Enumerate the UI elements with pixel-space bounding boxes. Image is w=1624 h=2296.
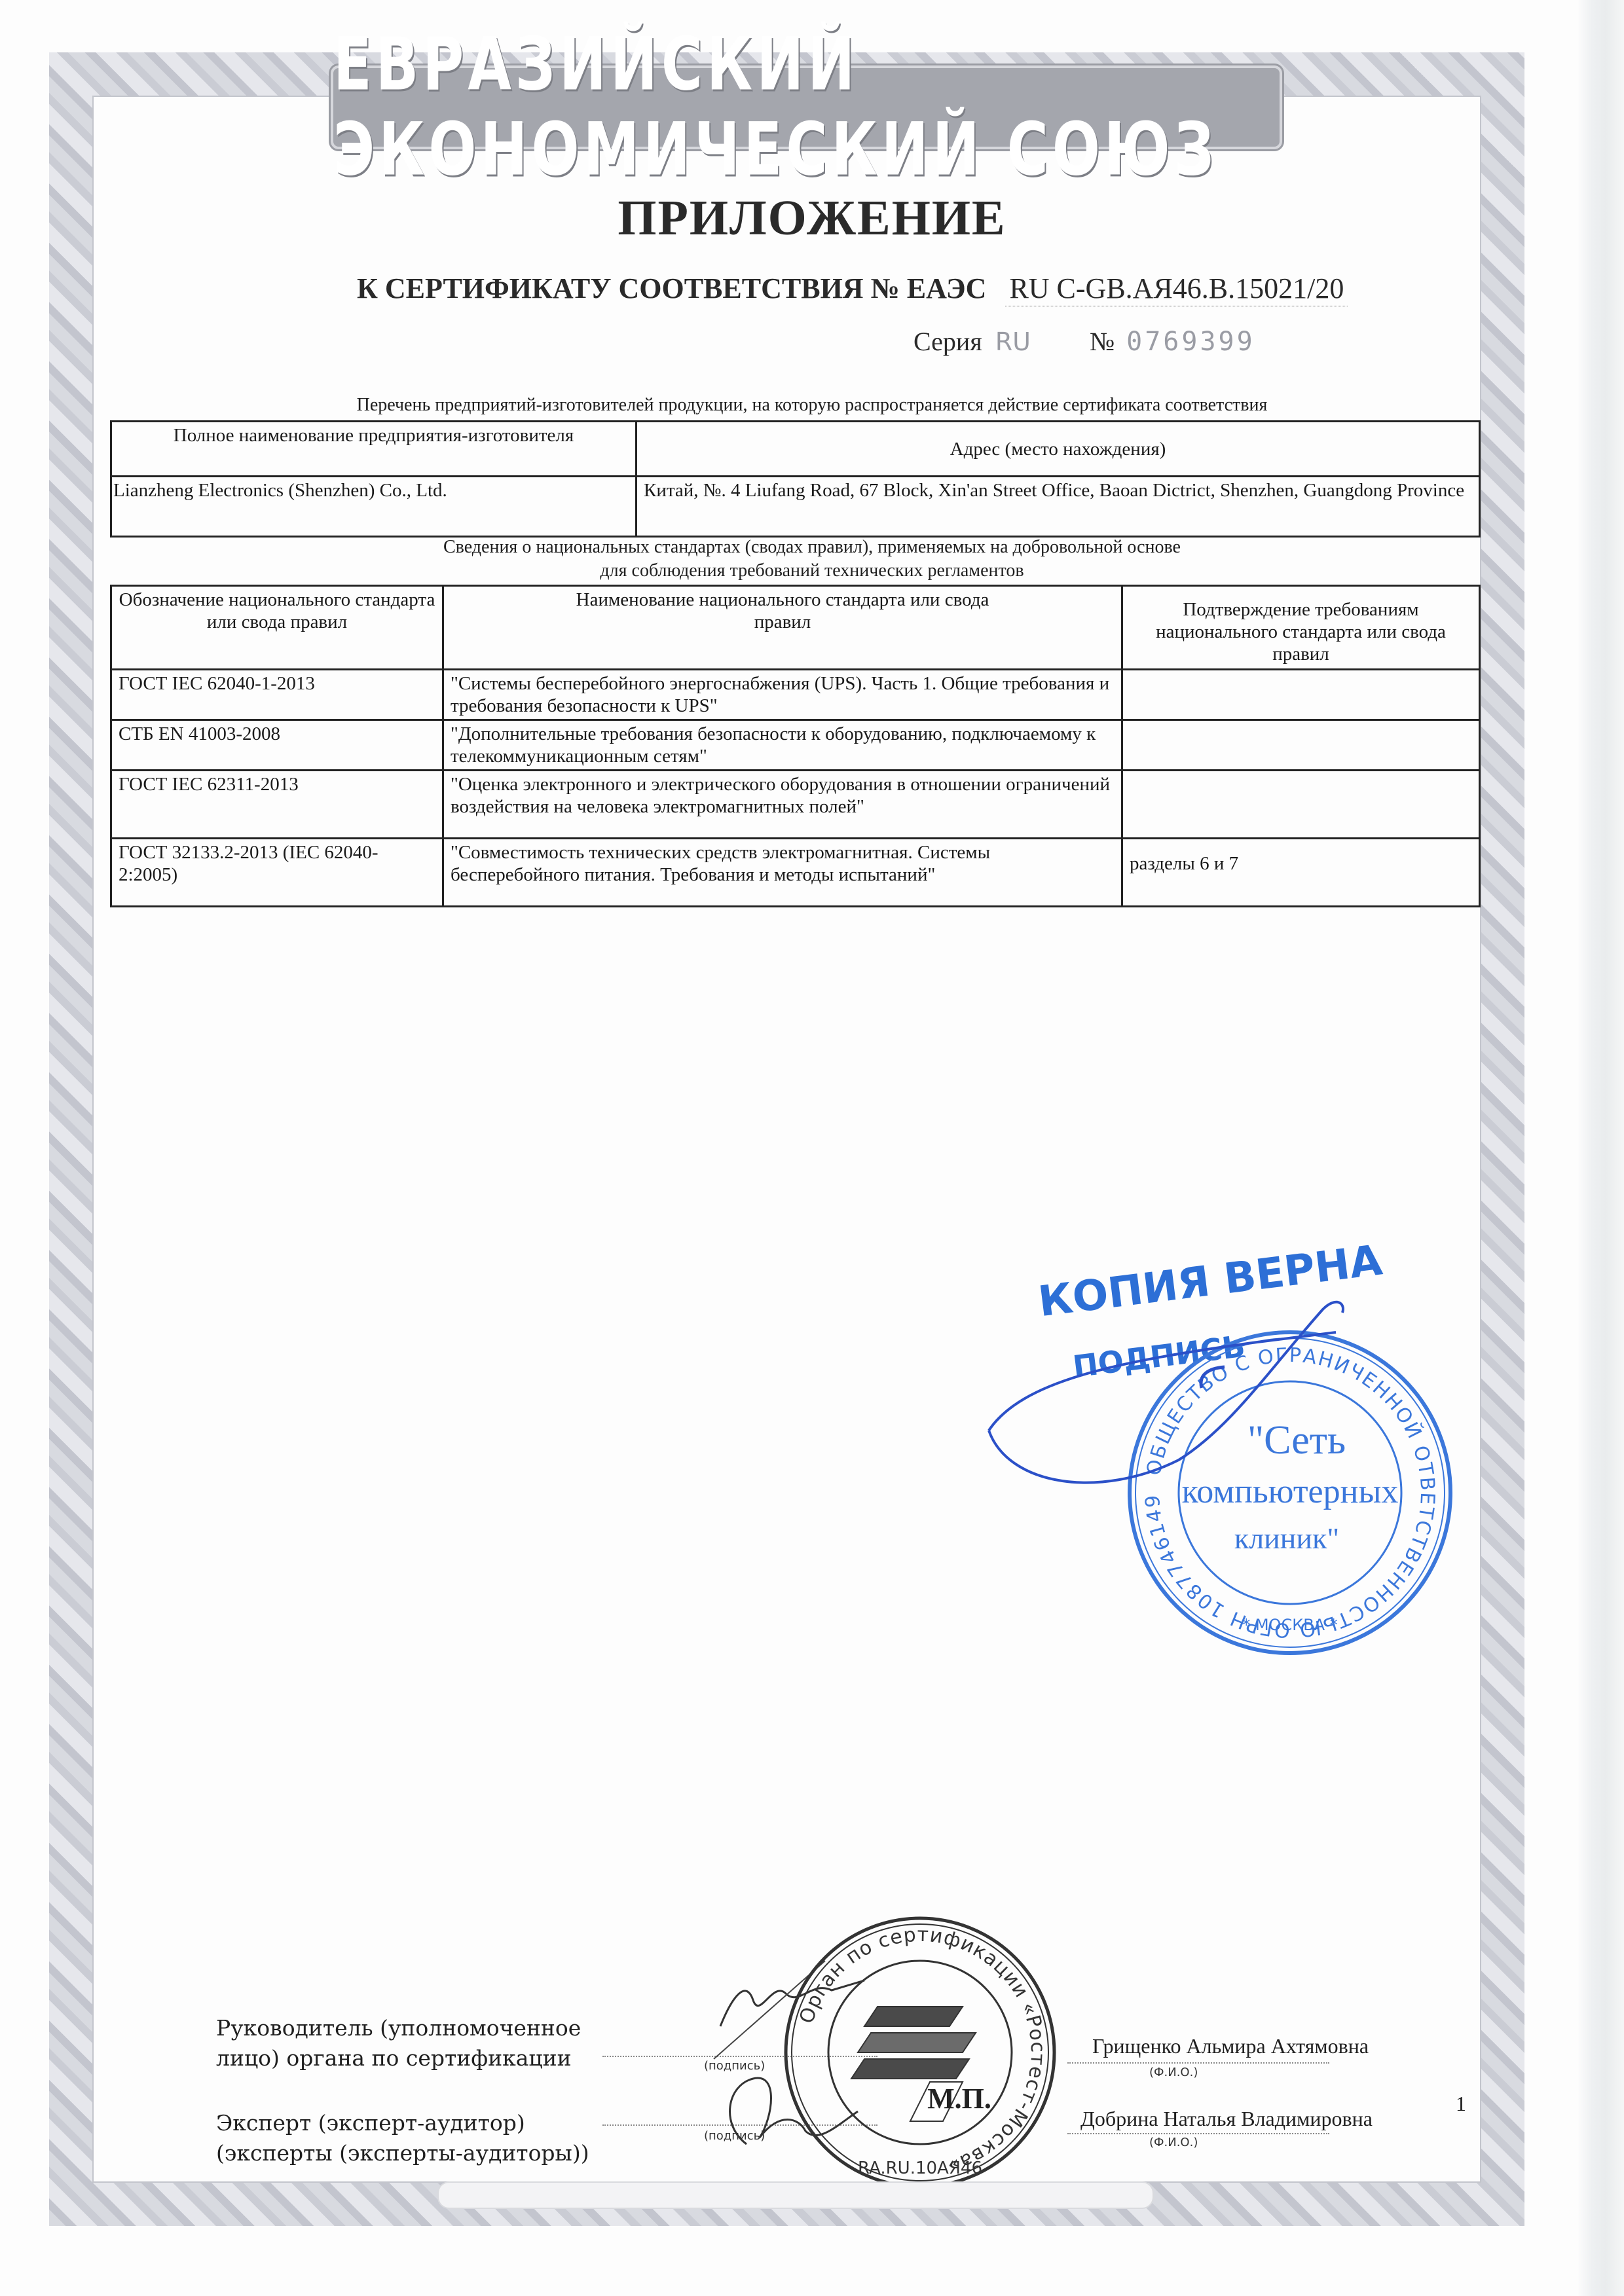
- standard-code: ГОСТ 32133.2-2013 (IEC 62040-2:2005): [111, 839, 443, 907]
- expert-name-caption: (Ф.И.О.): [1149, 2136, 1198, 2149]
- standards-caption-line2: для соблюдения требований технических ре…: [0, 560, 1624, 581]
- standard-name: "Оценка электронного и электрического об…: [443, 771, 1122, 839]
- svg-text:М.П.: М.П.: [927, 2083, 991, 2115]
- series-label: Серия: [913, 327, 982, 356]
- head-label-line2: лицо) органа по сертификации: [216, 2043, 581, 2073]
- page-number: 1: [1456, 2092, 1466, 2116]
- banner-text: ЕВРАЗИЙСКИЙ ЭКОНОМИЧЕСКИЙ СОЮЗ: [333, 22, 1280, 192]
- standards-table: Обозначение национального стандарта или …: [110, 585, 1481, 907]
- table-row: ГОСТ 32133.2-2013 (IEC 62040-2:2005) "Со…: [111, 839, 1480, 907]
- expert-label-line1: Эксперт (эксперт-аудитор): [216, 2108, 589, 2138]
- manufacturers-caption: Перечень предприятий-изготовителей проду…: [0, 395, 1624, 416]
- certificate-number: RU C-GB.АЯ46.В.15021/20: [1005, 272, 1348, 306]
- standard-name: "Дополнительные требования безопасности …: [443, 720, 1122, 771]
- column-header: Подтверждение требованиям национального …: [1122, 586, 1480, 670]
- certificate-line: К СЕРТИФИКАТУ СООТВЕТСТВИЯ № ЕАЭС RU C-G…: [357, 272, 1348, 305]
- standard-confirmation: разделы 6 и 7: [1122, 839, 1480, 907]
- manufacturers-table: Полное наименование предприятия-изготови…: [110, 420, 1481, 538]
- column-header: Наименование национального стандарта или…: [443, 586, 1122, 670]
- standard-confirmation: [1122, 720, 1480, 771]
- column-header: Адрес (место нахождения): [637, 422, 1480, 477]
- expert-label: Эксперт (эксперт-аудитор) (эксперты (экс…: [216, 2108, 589, 2168]
- head-name: Грищенко Альмира Ахтямовна: [1092, 2034, 1369, 2058]
- column-header: Полное наименование предприятия-изготови…: [111, 422, 637, 477]
- svg-text:клиник": клиник": [1234, 1522, 1339, 1555]
- head-label-line1: Руководитель (уполномоченное: [216, 2013, 581, 2043]
- standard-name: "Системы бесперебойного энергоснабжения …: [443, 670, 1122, 720]
- handwritten-signature-blue: [982, 1290, 1375, 1499]
- table-row: ГОСТ IEC 62040-1-2013 "Системы бесперебо…: [111, 670, 1480, 720]
- footer-microtext-strip: [437, 2181, 1154, 2209]
- eaeu-banner: ЕВРАЗИЙСКИЙ ЭКОНОМИЧЕСКИЙ СОЮЗ: [331, 65, 1282, 149]
- series-value: RU: [995, 327, 1031, 356]
- head-name-caption: (Ф.И.О.): [1149, 2066, 1198, 2079]
- table-row: СТБ EN 41003-2008 "Дополнительные требов…: [111, 720, 1480, 771]
- head-name-line: [1067, 2062, 1329, 2064]
- standard-code: ГОСТ IEC 62040-1-2013: [111, 670, 443, 720]
- svg-text:* МОСКВА *: * МОСКВА *: [1242, 1616, 1338, 1634]
- table-header-row: Полное наименование предприятия-изготови…: [111, 422, 1480, 477]
- expert-label-line2: (эксперты (эксперты-аудиторы)): [216, 2138, 589, 2168]
- manufacturer-address: Китай, №. 4 Liufang Road, 67 Block, Xin'…: [637, 477, 1480, 537]
- standards-caption-line1: Сведения о национальных стандартах (свод…: [0, 537, 1624, 558]
- table-header-row: Обозначение национального стандарта или …: [111, 586, 1480, 670]
- standard-code: ГОСТ IEC 62311-2013: [111, 771, 443, 839]
- standard-code: СТБ EN 41003-2008: [111, 720, 443, 771]
- table-row: ГОСТ IEC 62311-2013 "Оценка электронного…: [111, 771, 1480, 839]
- table-row: Lianzheng Electronics (Shenzhen) Co., Lt…: [111, 477, 1480, 537]
- column-header: Обозначение национального стандарта или …: [111, 586, 443, 670]
- manufacturer-name: Lianzheng Electronics (Shenzhen) Co., Lt…: [111, 477, 637, 537]
- expert-name: Добрина Наталья Владимировна: [1080, 2107, 1373, 2131]
- standard-confirmation: [1122, 670, 1480, 720]
- series-line: Серия RU № 0769399: [913, 326, 1255, 357]
- document-title: ПРИЛОЖЕНИЕ: [0, 190, 1624, 247]
- standard-name: "Совместимость технических средств элект…: [443, 839, 1122, 907]
- expert-name-line: [1067, 2133, 1329, 2134]
- serial-number: 0769399: [1126, 327, 1255, 357]
- scan-edge-shadow: [1578, 0, 1624, 2296]
- standard-confirmation: [1122, 771, 1480, 839]
- number-label: №: [1090, 327, 1115, 356]
- svg-text:RA.RU.10АЯ46: RA.RU.10АЯ46: [858, 2159, 982, 2178]
- certification-body-seal-icon: Орган по сертификации «Ростест-Москва» R…: [779, 1912, 1061, 2193]
- head-label: Руководитель (уполномоченное лицо) орган…: [216, 2013, 581, 2073]
- certificate-prefix: К СЕРТИФИКАТУ СООТВЕТСТВИЯ № ЕАЭС: [357, 272, 986, 304]
